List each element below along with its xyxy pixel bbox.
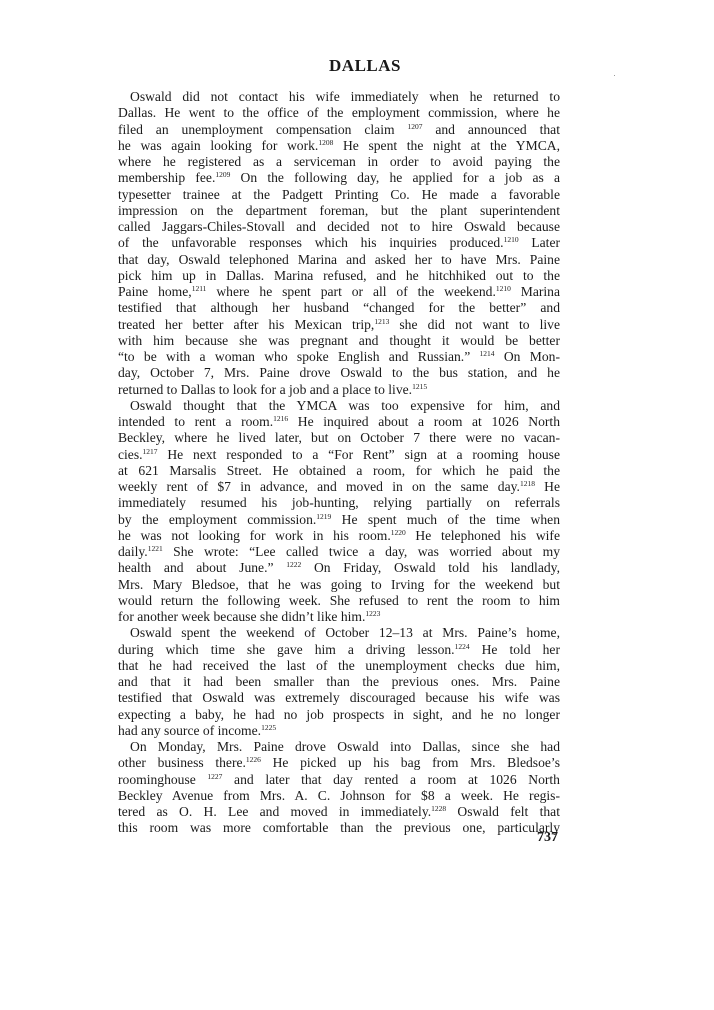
- footnote-ref: 1213: [374, 317, 389, 326]
- body-text: Oswald did not contact his wife immediat…: [118, 89, 560, 837]
- footnote-ref: 1208: [318, 138, 333, 147]
- text-line: Oswald thought that the YMCA was too exp…: [118, 398, 560, 414]
- footnote-ref: 1227: [207, 772, 222, 781]
- text-line: that he had received the last of the une…: [118, 658, 560, 674]
- text-line: of the unfavorable responses which his i…: [118, 235, 560, 251]
- text-line: for another week because she didn’t like…: [118, 609, 560, 625]
- footnote-ref: 1219: [316, 512, 331, 521]
- text-line: this room was more comfortable than the …: [118, 820, 560, 836]
- text-line: other business there.1226 He picked up h…: [118, 755, 560, 771]
- text-line: he was not looking for work in his room.…: [118, 528, 560, 544]
- footnote-ref: 1226: [246, 755, 261, 764]
- text-line: Oswald spent the weekend of October 12–1…: [118, 625, 560, 641]
- text-line: weekly rent of $7 in advance, and moved …: [118, 479, 560, 495]
- text-line: Beckley, where he lived later, but on Oc…: [118, 430, 560, 446]
- footnote-ref: 1218: [520, 479, 535, 488]
- text-line: Dallas. He went to the office of the emp…: [118, 105, 560, 121]
- text-line: expecting a baby, he had no job prospect…: [118, 707, 560, 723]
- footnote-ref: 1217: [143, 447, 158, 456]
- text-line: where he registered as a serviceman in o…: [118, 154, 560, 170]
- text-line: typesetter trainee at the Padgett Printi…: [118, 187, 560, 203]
- text-line: On Monday, Mrs. Paine drove Oswald into …: [118, 739, 560, 755]
- footnote-ref: 1222: [286, 560, 301, 569]
- footnote-ref: 1220: [391, 528, 406, 537]
- text-line: and that it had been smaller than the pr…: [118, 674, 560, 690]
- text-line: roominghouse 1227 and later that day ren…: [118, 772, 560, 788]
- footnote-ref: 1207: [407, 122, 422, 131]
- text-line: daily.1221 She wrote: “Lee called twice …: [118, 544, 560, 560]
- text-line: called Jaggars-Chiles-Stovall and decide…: [118, 219, 560, 235]
- text-line: pick him up in Dallas. Marina refused, a…: [118, 268, 560, 284]
- text-line: with him because she was pregnant and th…: [118, 333, 560, 349]
- text-line: membership fee.1209 On the following day…: [118, 170, 560, 186]
- page-title: DALLAS: [8, 56, 714, 76]
- text-line: “to be with a woman who spoke English an…: [118, 349, 560, 365]
- scan-speck: [614, 75, 615, 76]
- text-line: by the employment commission.1219 He spe…: [118, 512, 560, 528]
- text-line: would return the following week. She ref…: [118, 593, 560, 609]
- footnote-ref: 1210: [504, 235, 519, 244]
- text-line: intended to rent a room.1216 He inquired…: [118, 414, 560, 430]
- text-line: immediately resumed his job-hunting, rel…: [118, 495, 560, 511]
- page-number: 737: [537, 830, 558, 846]
- text-line: treated her better after his Mexican tri…: [118, 317, 560, 333]
- footnote-ref: 1223: [365, 609, 380, 618]
- text-line: impression on the department foreman, bu…: [118, 203, 560, 219]
- footnote-ref: 1224: [455, 642, 470, 651]
- document-page: DALLAS Oswald did not contact his wife i…: [0, 0, 714, 1010]
- text-line: Oswald did not contact his wife immediat…: [118, 89, 560, 105]
- text-line: filed an unemployment compensation claim…: [118, 122, 560, 138]
- text-line: returned to Dallas to look for a job and…: [118, 382, 560, 398]
- text-line: health and about June.” 1222 On Friday, …: [118, 560, 560, 576]
- footnote-ref: 1215: [412, 382, 427, 391]
- text-line: day, October 7, Mrs. Paine drove Oswald …: [118, 365, 560, 381]
- text-line: Mrs. Mary Bledsoe, that he was going to …: [118, 577, 560, 593]
- footnote-ref: 1216: [273, 414, 288, 423]
- text-line: that day, Oswald telephoned Marina and a…: [118, 252, 560, 268]
- footnote-ref: 1214: [480, 349, 495, 358]
- footnote-ref: 1210: [496, 284, 511, 293]
- footnote-ref: 1211: [192, 284, 207, 293]
- footnote-ref: 1221: [148, 544, 163, 553]
- text-line: Beckley Avenue from Mrs. A. C. Johnson f…: [118, 788, 560, 804]
- text-line: during which time she gave him a driving…: [118, 642, 560, 658]
- text-line: cies.1217 He next responded to a “For Re…: [118, 447, 560, 463]
- text-line: Paine home,1211 where he spent part or a…: [118, 284, 560, 300]
- text-line: testified that Oswald was extremely disc…: [118, 690, 560, 706]
- footnote-ref: 1225: [261, 723, 276, 732]
- text-line: had any source of income.1225: [118, 723, 560, 739]
- text-line: he was again looking for work.1208 He sp…: [118, 138, 560, 154]
- text-line: at 621 Marsalis Street. He obtained a ro…: [118, 463, 560, 479]
- text-line: tered as O. H. Lee and moved in immediat…: [118, 804, 560, 820]
- text-line: testified that although her husband “cha…: [118, 300, 560, 316]
- footnote-ref: 1209: [215, 170, 230, 179]
- footnote-ref: 1228: [431, 804, 446, 813]
